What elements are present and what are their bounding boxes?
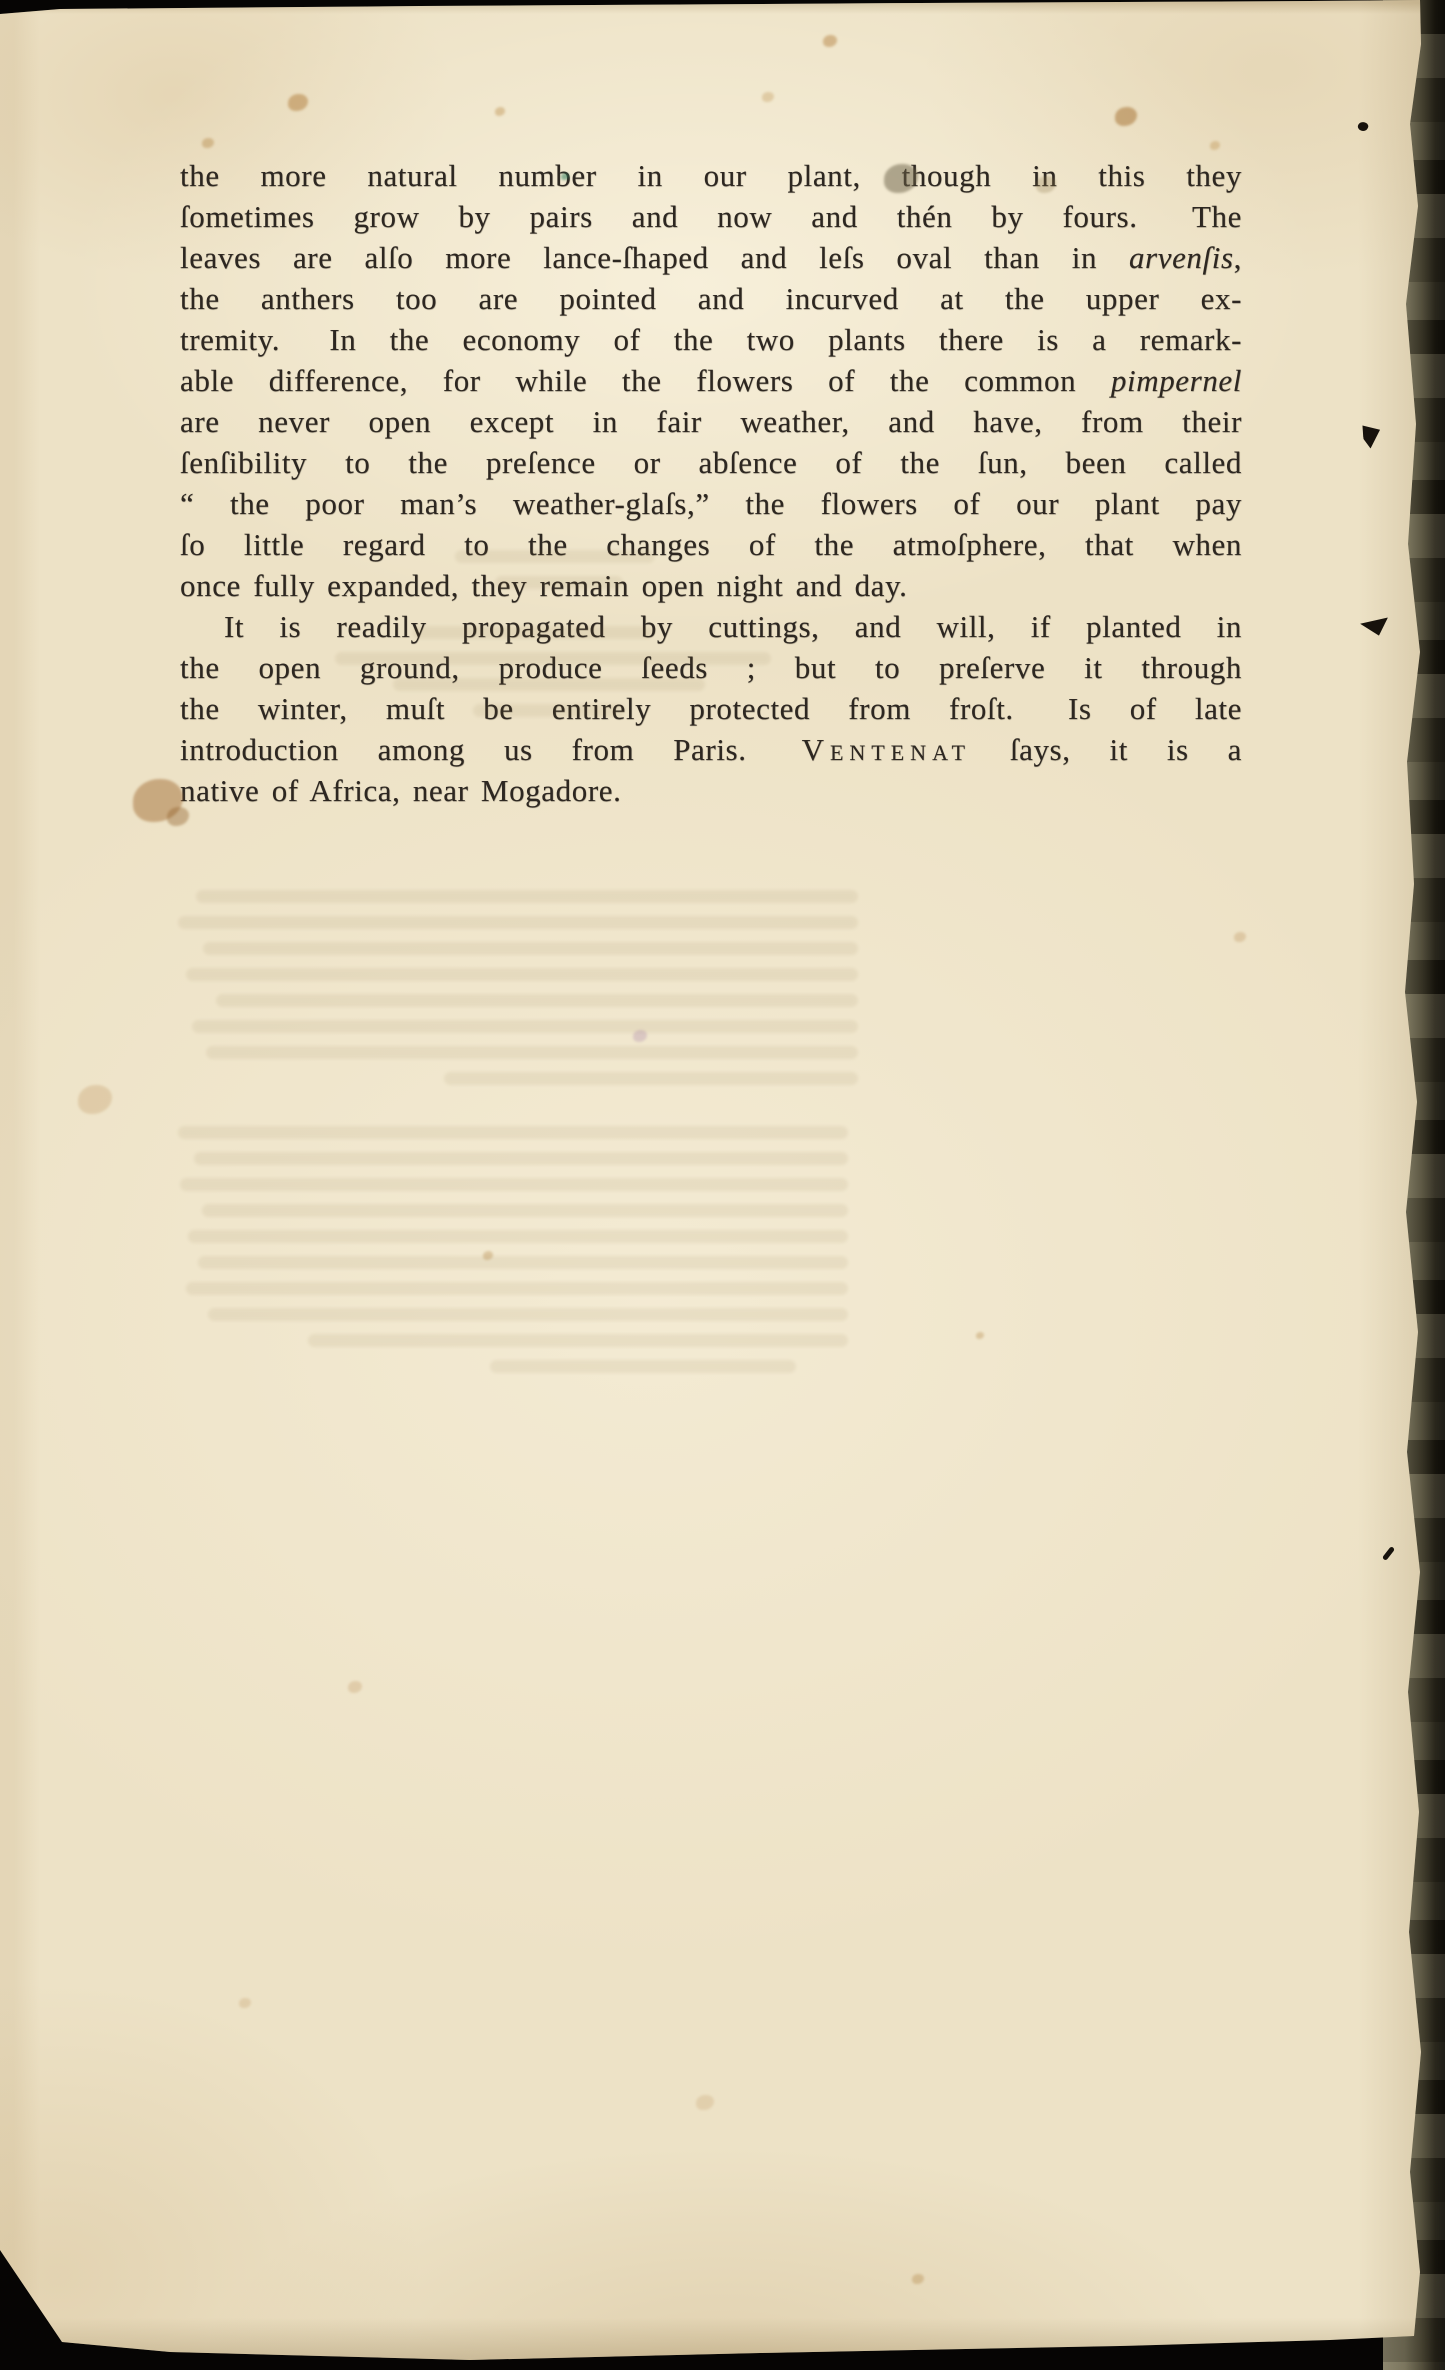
body-text: leaves are alſo more lance-ſhaped and le… <box>180 240 1129 275</box>
ghost-text-line <box>490 1360 796 1373</box>
body-text: are never open except in fair weather, a… <box>180 404 1242 439</box>
text-line: native of Africa, near Mogadore. <box>180 770 1242 811</box>
small-caps-name: Ventenat <box>802 732 971 767</box>
text-line: the anthers too are pointed and incurved… <box>180 278 1242 319</box>
ghost-text-line <box>308 1334 848 1347</box>
foxing-spot <box>239 1998 251 2008</box>
foxing-spot <box>1115 107 1137 126</box>
body-text: the more natural number in our plant, th… <box>180 158 1242 193</box>
foxing-spot <box>202 138 214 148</box>
body-text: able difference, for while the flowers o… <box>180 363 1111 398</box>
ghost-text-block <box>178 1126 848 1386</box>
foxing-spot <box>288 94 308 111</box>
ghost-text-line <box>198 1256 848 1269</box>
text-line: ſenſibility to the preſence or abſence o… <box>180 442 1242 483</box>
foxing-spot <box>912 2274 924 2284</box>
book-page: the more natural number in our plant, th… <box>0 0 1445 2370</box>
ghost-text-line <box>208 1308 848 1321</box>
ghost-text-line <box>393 678 705 691</box>
italic-text: pimpernel <box>1111 363 1242 398</box>
italic-text: arvenſis <box>1129 240 1234 275</box>
text-line: able difference, for while the flowers o… <box>180 360 1242 401</box>
foxing-spot <box>483 1251 493 1260</box>
ghost-text-line <box>203 942 858 955</box>
foxing-spot <box>696 2095 714 2110</box>
text-line: tremity. In the economy of the two plant… <box>180 319 1242 360</box>
body-text: introduction among us from Paris. <box>180 732 802 767</box>
body-text: , <box>1234 240 1242 275</box>
ghost-text-line <box>495 576 623 589</box>
text-line: ſo little regard to the changes of the a… <box>180 524 1242 565</box>
ghost-text-line <box>206 1046 858 1059</box>
body-text: ſo little regard to the changes of the a… <box>180 527 1242 562</box>
text-line: leaves are alſo more lance-ſhaped and le… <box>180 237 1242 278</box>
foxing-spot <box>1210 141 1220 150</box>
text-line: ſometimes grow by pairs and now and thén… <box>180 196 1242 237</box>
foxing-spot <box>976 1332 984 1339</box>
foxing-spot <box>762 92 774 102</box>
ghost-text-line <box>192 1020 858 1033</box>
ghost-text-line <box>178 1126 848 1139</box>
body-text: “ the poor man’s weather-glaſs,” the flo… <box>180 486 1242 521</box>
foxing-spot <box>78 1085 112 1114</box>
text-line: introduction among us from Paris. Venten… <box>180 729 1242 770</box>
foxing-spot <box>348 1681 362 1693</box>
ghost-text-line <box>188 1230 848 1243</box>
body-text: native of Africa, near Mogadore. <box>180 773 621 808</box>
ghost-text-line <box>186 968 858 981</box>
ghost-text-line <box>444 1072 858 1085</box>
foxing-spot <box>1234 932 1246 942</box>
ghost-text-line <box>196 890 858 903</box>
ghost-text-line <box>455 550 655 563</box>
scan-canvas: the more natural number in our plant, th… <box>0 0 1445 2370</box>
foxing-spot <box>823 35 837 47</box>
text-line: “ the poor man’s weather-glaſs,” the flo… <box>180 483 1242 524</box>
ghost-text-line <box>194 1152 848 1165</box>
body-text: ſometimes grow by pairs and now and thén… <box>180 199 1242 234</box>
ghost-text-line <box>473 704 625 717</box>
text-line: are never open except in fair weather, a… <box>180 401 1242 442</box>
ghost-text-line <box>216 994 858 1007</box>
text-line: once fully expanded, they remain open ni… <box>180 565 1242 606</box>
ghost-text-block <box>455 550 667 602</box>
ghost-text-line <box>202 1204 848 1217</box>
ghost-text-line <box>180 1178 848 1191</box>
body-text: ſenſibility to the preſence or abſence o… <box>180 445 1242 480</box>
ghost-text-block <box>335 626 793 730</box>
body-text: ſays, it is a <box>971 732 1242 767</box>
body-text: the anthers too are pointed and incurved… <box>180 281 1242 316</box>
text-line: the more natural number in our plant, th… <box>180 155 1242 196</box>
ghost-text-line <box>413 626 653 639</box>
body-text: tremity. In the economy of the two plant… <box>180 322 1242 357</box>
ghost-text-line <box>335 652 771 665</box>
foxing-spot <box>167 807 189 826</box>
foxing-spot <box>495 107 505 116</box>
ghost-text-line <box>178 916 858 929</box>
ghost-text-block <box>178 890 858 1098</box>
ghost-text-line <box>186 1282 848 1295</box>
